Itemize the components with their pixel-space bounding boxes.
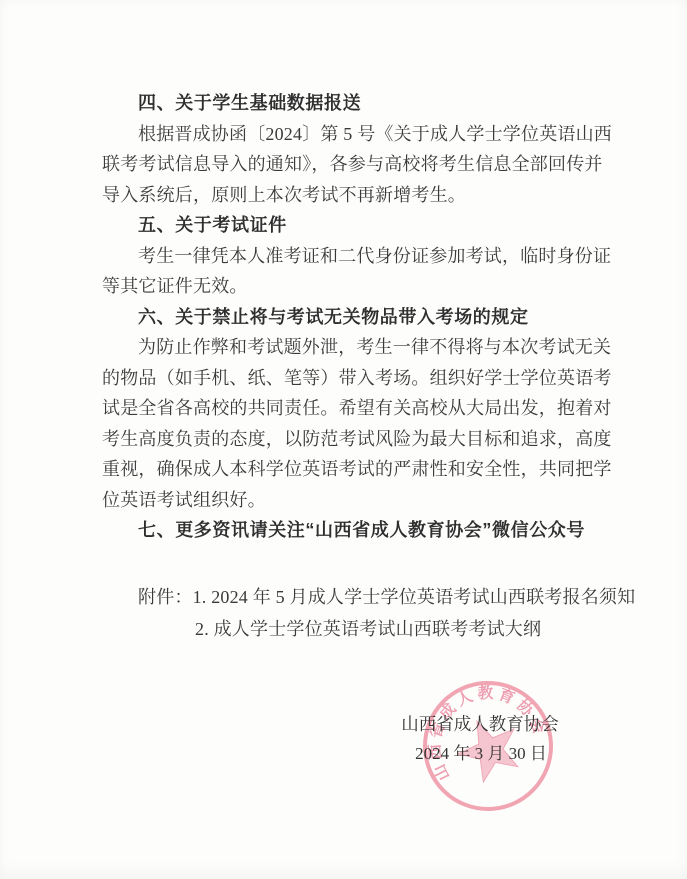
section-heading-7: 七、更多资讯请关注“山西省成人教育协会”微信公众号: [102, 515, 618, 546]
para-6-line-3: 试是全省各高校的共同责任。希望有关高校从大局出发，抱着对: [102, 393, 618, 424]
para-6-line-4: 考生高度负责的态度，以防范考试风险为最大目标和追求，高度: [102, 424, 618, 455]
para-4-line-1: 根据晋成协函〔2024〕第 5 号《关于成人学士学位英语山西: [102, 119, 618, 150]
para-5-line-2: 等其它证件无效。: [102, 271, 618, 302]
para-6-line-1: 为防止作弊和考试题外泄，考生一律不得将与本次考试无关: [102, 332, 618, 363]
attachment-item-1: 附件：1. 2024 年 5 月成人学士学位英语考试山西联考报名须知: [102, 581, 618, 613]
para-6-line-2: 的物品（如手机、纸、笔等）带入考场。组织好学士学位英语考: [102, 363, 618, 394]
para-6-line-6: 位英语考试组织好。: [102, 485, 618, 516]
signature-date: 2024 年 3 月 30 日: [406, 740, 556, 768]
section-heading-4: 四、关于学生基础数据报送: [102, 88, 618, 119]
attachment-item-2: 2. 成人学士学位英语考试山西联考考试大纲: [102, 613, 618, 645]
para-6-line-5: 重视，确保成人本科学位英语考试的严肃性和安全性，共同把学: [102, 454, 618, 485]
notice-page: 四、关于学生基础数据报送 根据晋成协函〔2024〕第 5 号《关于成人学士学位英…: [0, 0, 687, 879]
signature-organization: 山西省成人教育协会: [399, 710, 561, 738]
para-5-line-1: 考生一律凭本人准考证和二代身份证参加考试，临时身份证: [102, 241, 618, 272]
section-heading-5: 五、关于考试证件: [102, 210, 618, 241]
section-heading-6: 六、关于禁止将与考试无关物品带入考场的规定: [102, 302, 618, 333]
para-4-line-2: 联考考试信息导入的通知》，各参与高校将考生信息全部回传并: [102, 149, 618, 180]
para-4-line-3: 导入系统后，原则上本次考试不再新增考生。: [102, 180, 618, 211]
attachments-list: 附件：1. 2024 年 5 月成人学士学位英语考试山西联考报名须知 2. 成人…: [102, 581, 618, 645]
document-body: 四、关于学生基础数据报送 根据晋成协函〔2024〕第 5 号《关于成人学士学位英…: [102, 88, 618, 546]
